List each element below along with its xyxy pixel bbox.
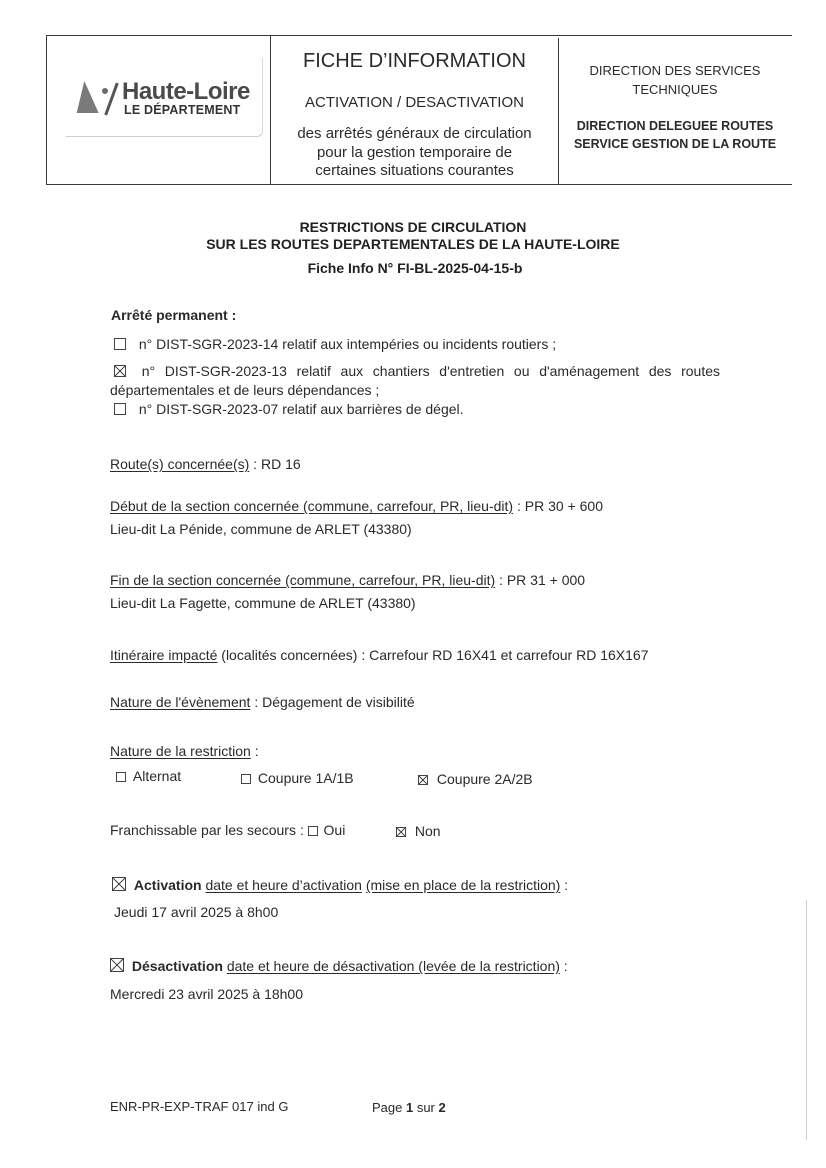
restriction-field: Nature de la restriction : — [110, 743, 259, 759]
secours-oui-label: Oui — [324, 822, 346, 838]
arrete-option-1-text: n° DIST-SGR-2023-14 relatif aux intempér… — [139, 336, 556, 352]
desactivation-label: date et heure de désactivation (levée de… — [227, 958, 560, 974]
arrete-option-1-checkbox[interactable] — [114, 338, 126, 350]
fin-label: Fin de la section concernée (commune, ca… — [110, 572, 495, 588]
fiche-number: Fiche Info N° FI-BL-2025-04-15-b — [2, 260, 826, 277]
activation-field: Activation date et heure d’activation (m… — [112, 877, 568, 893]
desactivation-title: Désactivation — [132, 958, 223, 974]
header-description-line: pour la gestion temporaire de — [271, 144, 558, 163]
debut-value: PR 30 + 600 — [525, 498, 603, 514]
separator: : — [560, 877, 568, 893]
debut-field: Début de la section concernée (commune, … — [110, 498, 603, 514]
service-line: SERVICE GESTION DE LA ROUTE — [560, 135, 790, 153]
document-reference: ENR-PR-EXP-TRAF 017 ind G — [110, 1099, 288, 1114]
itineraire-label: Itinéraire impacté — [110, 647, 217, 663]
debut-label: Début de la section concernée (commune, … — [110, 498, 513, 514]
evenement-label: Nature de l'évènement — [110, 694, 250, 710]
restriction-option-label: Coupure 2A/2B — [437, 771, 533, 787]
header-subtitle: ACTIVATION / DESACTIVATION — [271, 94, 558, 111]
route-value: RD 16 — [261, 456, 301, 472]
activation-value: Jeudi 17 avril 2025 à 8h00 — [114, 904, 278, 920]
restriction-coupure-1a1b-checkbox[interactable] — [241, 774, 251, 784]
secours-non-option[interactable]: Non — [396, 823, 441, 839]
secours-non-label: Non — [415, 823, 441, 839]
activation-label: date et heure d’activation — [205, 877, 361, 893]
logo-subtitle: LE DÉPARTEMENT — [124, 103, 240, 117]
evenement-value: Dégagement de visibilité — [262, 694, 415, 710]
header-description-line: certaines situations courantes — [271, 162, 558, 181]
restriction-label: Nature de la restriction — [110, 743, 251, 759]
activation-checkbox[interactable] — [112, 877, 126, 891]
page-prefix: Page — [372, 1100, 406, 1115]
itineraire-suffix: (localités concernées) : — [217, 647, 369, 663]
header-description-line: des arrêtés généraux de circulation — [271, 125, 558, 144]
arrete-option-1[interactable]: n° DIST-SGR-2023-14 relatif aux intempér… — [114, 336, 556, 352]
logo-dot-icon — [102, 88, 108, 94]
doc-title-line1: RESTRICTIONS DE CIRCULATION — [0, 219, 826, 236]
secours-label: Franchissable par les secours : — [110, 822, 308, 838]
arrete-option-3-checkbox[interactable] — [114, 403, 126, 415]
arrete-option-2-checkbox[interactable] — [114, 365, 126, 377]
doc-title-line2: SUR LES ROUTES DEPARTEMENTALES DE LA HAU… — [0, 236, 826, 253]
page-middle: sur — [413, 1100, 438, 1115]
evenement-field: Nature de l'évènement : Dégagement de vi… — [110, 694, 415, 710]
restriction-option-coupure-1a1b[interactable]: Coupure 1A/1B — [241, 770, 354, 786]
separator: : — [250, 694, 262, 710]
fin-detail: Lieu-dit La Fagette, commune de ARLET (4… — [110, 595, 416, 611]
header-divider-2 — [558, 38, 559, 185]
separator: : — [495, 572, 507, 588]
debut-detail: Lieu-dit La Pénide, commune de ARLET (43… — [110, 521, 412, 537]
arrete-option-2-text: n° DIST-SGR-2023-13 relatif aux chantier… — [110, 363, 720, 398]
activation-label-detail: (mise en place de la restriction) — [366, 877, 561, 893]
secours-field: Franchissable par les secours : Oui — [110, 822, 345, 838]
fin-value: PR 31 + 000 — [507, 572, 585, 588]
secours-oui-checkbox[interactable] — [308, 826, 318, 836]
page-indicator: Page 1 sur 2 — [372, 1100, 446, 1115]
logo-triangle-icon — [73, 81, 98, 113]
fin-field: Fin de la section concernée (commune, ca… — [110, 572, 585, 588]
separator: : — [249, 456, 261, 472]
activation-title: Activation — [134, 877, 202, 893]
header-left-border — [46, 35, 47, 185]
scan-edge-line — [806, 900, 807, 1140]
direction-name: DIRECTION DES SERVICES TECHNIQUES — [560, 61, 790, 99]
restriction-option-coupure-2a2b[interactable]: Coupure 2A/2B — [418, 771, 533, 787]
logo-name: Haute-Loire — [122, 78, 250, 106]
arrete-label: Arrêté permanent : — [111, 307, 236, 323]
route-label: Route(s) concernée(s) — [110, 456, 249, 472]
restriction-option-label: Coupure 1A/1B — [258, 770, 354, 786]
restriction-option-alternat[interactable]: Alternat — [116, 768, 181, 784]
restriction-coupure-2a2b-checkbox[interactable] — [418, 775, 428, 785]
separator: : — [513, 498, 525, 514]
itineraire-field: Itinéraire impacté (localités concernées… — [110, 647, 648, 663]
direction-line: DIRECTION DES SERVICES — [560, 61, 790, 80]
itineraire-value: Carrefour RD 16X41 et carrefour RD 16X16… — [369, 647, 648, 663]
arrete-option-3-text: n° DIST-SGR-2023-07 relatif aux barrière… — [139, 401, 464, 417]
header-description: des arrêtés généraux de circulation pour… — [271, 125, 558, 181]
secours-non-checkbox[interactable] — [396, 827, 406, 837]
page-total: 2 — [439, 1100, 446, 1115]
arrete-option-2[interactable]: n° DIST-SGR-2023-13 relatif aux chantier… — [110, 362, 720, 400]
restriction-alternat-checkbox[interactable] — [116, 772, 126, 782]
desactivation-field: Désactivation date et heure de désactiva… — [110, 958, 568, 974]
header-bottom-border — [46, 184, 792, 185]
service-line: DIRECTION DELEGUEE ROUTES — [560, 117, 790, 135]
separator: : — [560, 958, 568, 974]
separator: : — [251, 743, 259, 759]
arrete-option-3[interactable]: n° DIST-SGR-2023-07 relatif aux barrière… — [114, 401, 464, 417]
route-field: Route(s) concernée(s) : RD 16 — [110, 456, 301, 472]
desactivation-value: Mercredi 23 avril 2025 à 18h00 — [110, 986, 303, 1002]
desactivation-checkbox[interactable] — [110, 958, 124, 972]
service-name: DIRECTION DELEGUEE ROUTES SERVICE GESTIO… — [560, 117, 790, 153]
header-title: FICHE D’INFORMATION — [271, 50, 558, 73]
header-top-border — [46, 35, 792, 36]
direction-line: TECHNIQUES — [560, 80, 790, 99]
restriction-option-label: Alternat — [133, 768, 181, 784]
